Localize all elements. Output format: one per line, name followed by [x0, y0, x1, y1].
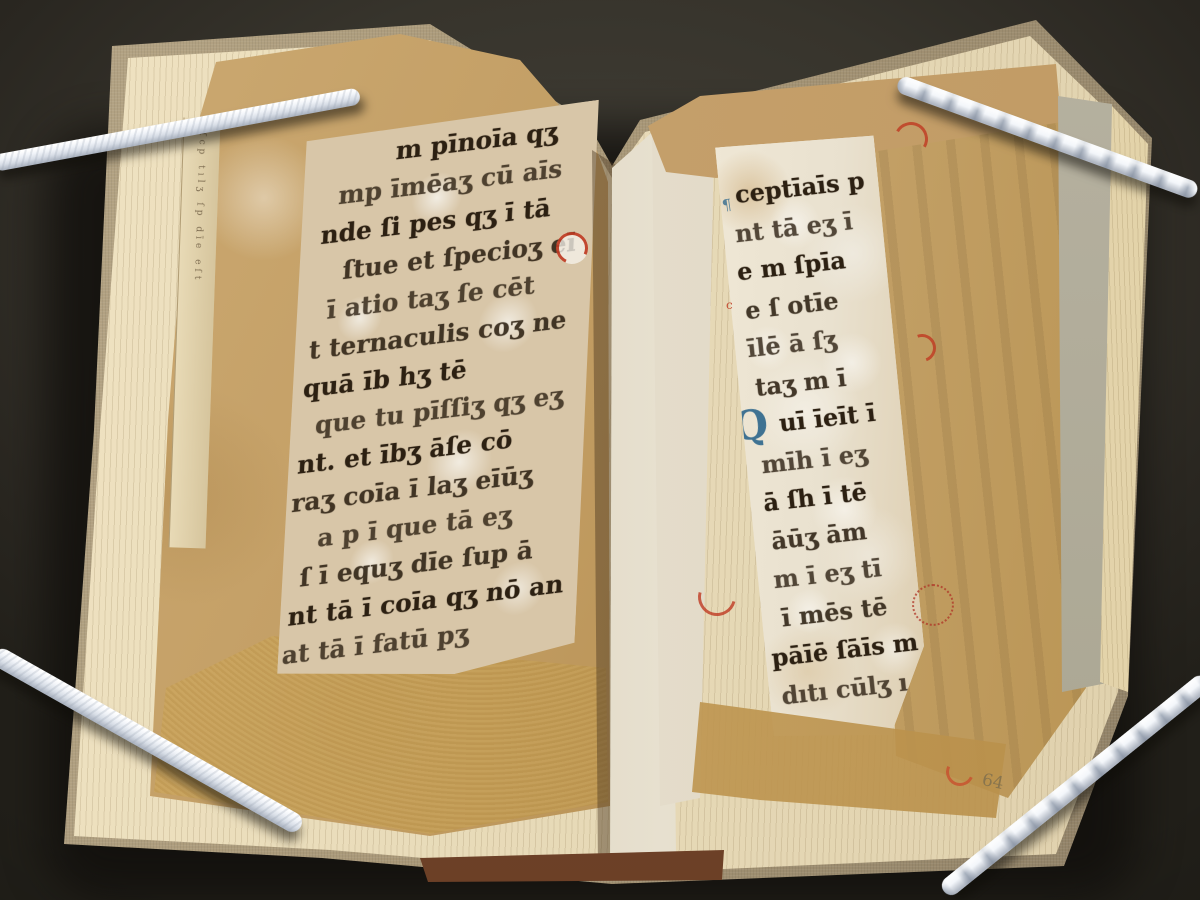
red-arc-top-right — [890, 118, 932, 160]
manuscript-photo: ſcp tılʒ ſp dīe eſt m pīnoīa qʒmp īmēaʒ … — [0, 0, 1200, 900]
pencil-folio-number: 64 — [980, 770, 1005, 794]
red-arc-fore-edge — [903, 329, 940, 366]
red-arc-lower-right — [942, 754, 978, 790]
red-paraph: c — [726, 298, 733, 312]
blue-paraph: ¶ — [721, 195, 733, 214]
red-flourish-bottom — [691, 571, 743, 623]
red-ring-left-page — [551, 227, 592, 268]
red-stamp-ring — [912, 584, 954, 626]
